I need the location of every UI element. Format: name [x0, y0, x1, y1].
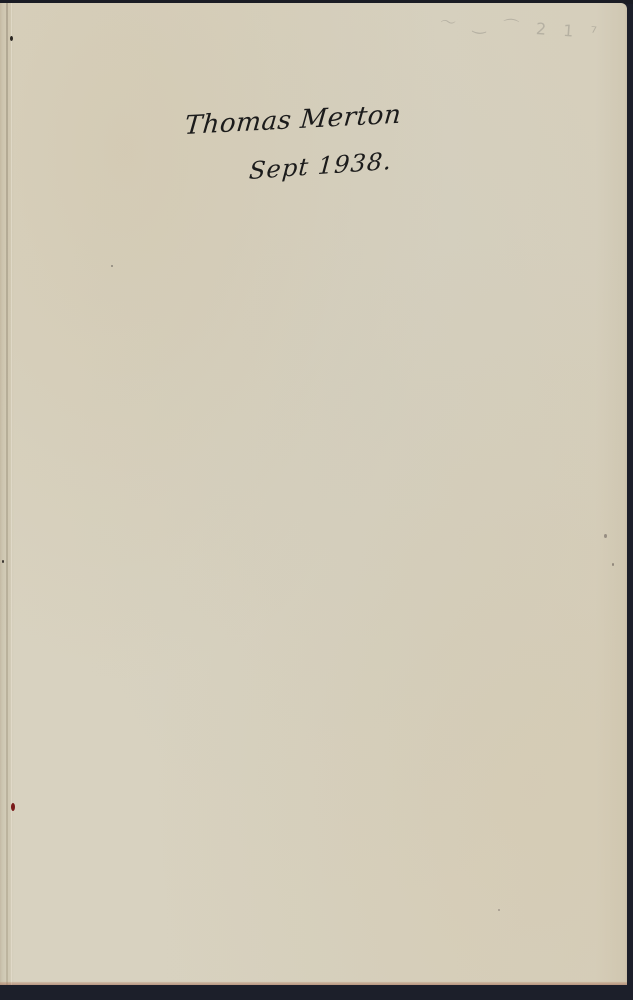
paper-speck: [111, 265, 113, 267]
faint-pencil-mark: 〜 ‿ ⌒ 2 1 ⁷: [439, 9, 603, 43]
gutter-shadow: [6, 3, 8, 985]
paper-speck: [612, 563, 614, 566]
book-flyleaf-page: 〜 ‿ ⌒ 2 1 ⁷ Thomas Merton Sept 1938.: [0, 3, 627, 985]
inscription-date: Sept 1938.: [248, 147, 393, 185]
red-mark: [11, 803, 15, 811]
gutter-highlight: [11, 3, 12, 985]
ink-speck: [10, 36, 13, 41]
paper-speck: [604, 534, 607, 538]
inscription-name: Thomas Merton: [183, 100, 402, 141]
ink-speck: [2, 560, 4, 563]
paper-speck: [498, 909, 500, 911]
page-bottom-edge: [0, 982, 627, 985]
handwritten-inscription: Thomas Merton Sept 1938.: [180, 111, 420, 201]
scanned-page-view: 〜 ‿ ⌒ 2 1 ⁷ Thomas Merton Sept 1938.: [0, 0, 633, 1000]
